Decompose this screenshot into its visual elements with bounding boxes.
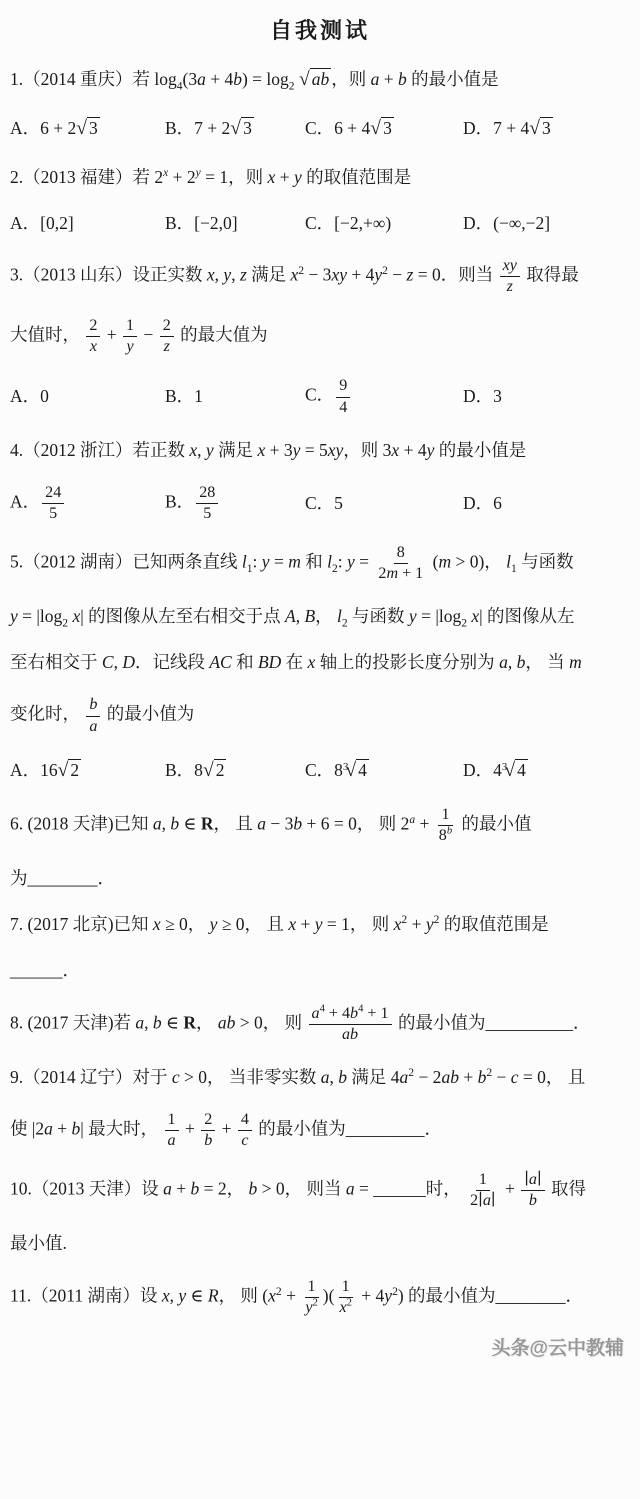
question-7: 7. (2017 北京)已知 x ≥ 0， y ≥ 0， 且 x + y = 1… (10, 911, 630, 984)
question-line: 3.（2013 山东）设正实数 x, y, z 满足 x2 − 3xy + 4y… (10, 256, 630, 297)
question-line: 2.（2013 福建）若 2x + 2y = 1，则 x + y 的取值范围是 (10, 164, 630, 191)
question-3: 3.（2013 山东）设正实数 x, y, z 满足 x2 − 3xy + 4y… (10, 256, 630, 418)
fraction: ba (86, 695, 100, 736)
question-4: 4.（2012 浙江）若正数 x, y 满足 x + 3y = 5xy，则 3x… (10, 437, 630, 524)
option: A．[0,2] (10, 210, 165, 237)
radical: 3√4 (502, 760, 528, 780)
radical: √ab (299, 69, 331, 89)
question-line: 变化时， ba 的最小值为 (10, 695, 630, 736)
fraction: 1a (165, 1110, 179, 1151)
fraction: 2z (160, 316, 174, 357)
question-line: 至右相交于 C, D．记线段 AC 和 BD 在 x 轴上的投影长度分别为 a,… (10, 649, 630, 676)
question-line: 使 |2a + b| 最大时， 1a + 2b + 4c 的最小值为______… (10, 1110, 630, 1151)
option: C．6 + 4√3 (305, 114, 463, 144)
question-line: 6. (2018 天津)已知 a, b ∈ R， 且 a − 3b + 6 = … (10, 805, 630, 846)
fraction: 4c (238, 1110, 252, 1151)
question-1: 1.（2014 重庆）若 log4(3a + 4b) = log2 √ab，则 … (10, 65, 630, 145)
option: D．43√4 (463, 756, 630, 786)
option: B．7 + 2√3 (165, 114, 305, 144)
option: A．6 + 2√3 (10, 114, 165, 144)
option: A．0 (10, 383, 165, 410)
fraction: 18b (436, 805, 455, 846)
fraction: 1y (123, 316, 137, 357)
option: B．[−2,0] (165, 210, 305, 237)
question-6: 6. (2018 天津)已知 a, b ∈ R， 且 a − 3b + 6 = … (10, 805, 630, 892)
question-5: 5.（2012 湖南）已知两条直线 l1: y = m 和 l2: y = 82… (10, 543, 630, 786)
option: A．245 (10, 483, 165, 524)
radical: √2 (203, 760, 227, 780)
question-line: 4.（2012 浙江）若正数 x, y 满足 x + 3y = 5xy，则 3x… (10, 437, 630, 464)
question-9: 9.（2014 辽宁）对于 c > 0， 当非零实数 a, b 满足 4a2 −… (10, 1064, 630, 1151)
option: D．6 (463, 490, 630, 517)
option: A．16√2 (10, 756, 165, 786)
page-title: 自我测试 (10, 14, 630, 45)
option: D．3 (463, 383, 630, 410)
option: B．1 (165, 383, 305, 410)
fraction: 1x2 (336, 1277, 354, 1318)
radical: √2 (58, 760, 82, 780)
options-row: A．16√2B．8√2C．83√4D．43√4 (10, 756, 630, 786)
question-10: 10.（2013 天津）设 a + b = 2， b > 0， 则当 a = _… (10, 1170, 630, 1257)
option: C．83√4 (305, 756, 463, 786)
question-line: 8. (2017 天津)若 a, b ∈ R， ab > 0， 则 a4 + 4… (10, 1004, 630, 1045)
fraction: ∣a∣b (521, 1170, 544, 1211)
question-line: 1.（2014 重庆）若 log4(3a + 4b) = log2 √ab，则 … (10, 65, 630, 95)
fraction: a4 + 4b4 + 1ab (309, 1004, 392, 1045)
fraction: 1y2 (302, 1277, 320, 1318)
question-line: 9.（2014 辽宁）对于 c > 0， 当非零实数 a, b 满足 4a2 −… (10, 1064, 630, 1091)
question-line: y = |log2 x| 的图像从左至右相交于点 A, B， l2 与函数 y … (10, 603, 630, 630)
option: B．8√2 (165, 756, 305, 786)
question-11: 11.（2011 湖南）设 x, y ∈ R， 则 (x2 + 1y2)(1x2… (10, 1277, 630, 1318)
fraction: 12∣a∣ (467, 1170, 498, 1211)
question-2: 2.（2013 福建）若 2x + 2y = 1，则 x + y 的取值范围是A… (10, 164, 630, 237)
option: C．[−2,+∞) (305, 210, 463, 237)
question-line: 7. (2017 北京)已知 x ≥ 0， y ≥ 0， 且 x + y = 1… (10, 911, 630, 938)
option: D．(−∞,−2] (463, 210, 630, 237)
options-row: A．0B．1C．94D．3 (10, 376, 630, 417)
option: C．94 (305, 376, 463, 417)
fraction: 82m + 1 (375, 543, 426, 584)
watermark: 头条@云中教辅 (10, 1333, 630, 1360)
options-row: A．[0,2]B．[−2,0]C．[−2,+∞)D．(−∞,−2] (10, 210, 630, 237)
fraction: 94 (336, 376, 350, 417)
radical: √3 (529, 118, 553, 138)
option: B．285 (165, 483, 305, 524)
question-line: 为________． (10, 865, 630, 892)
fraction: 285 (196, 483, 218, 524)
radical: √3 (76, 118, 100, 138)
question-line: 11.（2011 湖南）设 x, y ∈ R， 则 (x2 + 1y2)(1x2… (10, 1277, 630, 1318)
option: C．5 (305, 490, 463, 517)
question-8: 8. (2017 天津)若 a, b ∈ R， ab > 0， 则 a4 + 4… (10, 1004, 630, 1045)
question-line: 最小值. (10, 1230, 630, 1257)
document-page: 自我测试 1.（2014 重庆）若 log4(3a + 4b) = log2 √… (0, 0, 640, 1360)
radical: √3 (230, 118, 254, 138)
option: D．7 + 4√3 (463, 114, 630, 144)
question-line: 10.（2013 天津）设 a + b = 2， b > 0， 则当 a = _… (10, 1170, 630, 1211)
fraction: 245 (42, 483, 64, 524)
radical: 3√4 (343, 760, 369, 780)
question-line: 大值时， 2x + 1y − 2z 的最大值为 (10, 316, 630, 357)
fraction: 2b (201, 1110, 215, 1151)
fraction: xyz (500, 256, 520, 297)
question-line: ______． (10, 957, 630, 984)
question-line: 5.（2012 湖南）已知两条直线 l1: y = m 和 l2: y = 82… (10, 543, 630, 584)
options-row: A．245B．285C．5D．6 (10, 483, 630, 524)
fraction: 2x (86, 316, 100, 357)
options-row: A．6 + 2√3B．7 + 2√3C．6 + 4√3D．7 + 4√3 (10, 114, 630, 144)
radical: √3 (370, 118, 394, 138)
questions-container: 1.（2014 重庆）若 log4(3a + 4b) = log2 √ab，则 … (10, 65, 630, 1318)
